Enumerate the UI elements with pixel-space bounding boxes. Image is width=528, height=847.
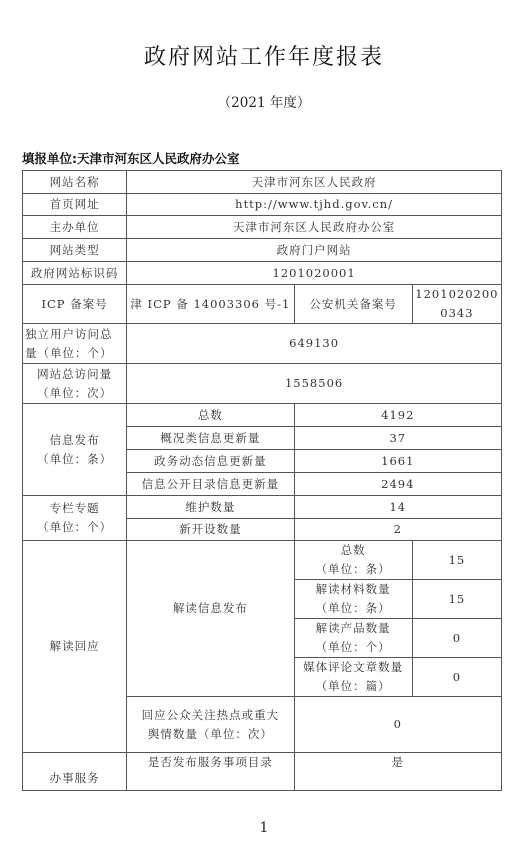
services-row-label: 是否发布服务事项目录 (127, 753, 294, 791)
value-homepage-url: http://www.tjhd.gov.cn/ (127, 194, 502, 216)
interpretation-row-label: 媒体评论文章数量 （单位：篇） (294, 658, 412, 697)
interpretation-row-value: 0 (412, 658, 501, 697)
info-release-row-label: 政务动态信息更新量 (127, 450, 294, 473)
table-row: 网站名称 天津市河东区人民政府 (23, 171, 502, 194)
label-site-type: 网站类型 (23, 239, 127, 262)
value-total-visits: 1558506 (127, 364, 502, 404)
report-year: （2021 年度） (0, 91, 528, 111)
label-site-id-code: 政府网站标识码 (23, 262, 127, 285)
info-release-row-label: 信息公开目录信息更新量 (127, 473, 294, 496)
interpretation-row-unit: （单位：个） (297, 638, 410, 657)
special-columns-row-value: 14 (294, 496, 501, 519)
page-title: 政府网站工作年度报表 (0, 40, 528, 71)
interpretation-row-value: 0 (412, 619, 501, 658)
interpretation-row-label: 解读产品数量 （单位：个） (294, 619, 412, 658)
interpretation-row-value: 15 (412, 541, 501, 580)
value-icp: 津 ICP 备 14003306 号-1 (127, 285, 294, 324)
special-columns-row-label: 新开设数量 (127, 519, 294, 541)
value-public-response: 0 (294, 697, 501, 753)
table-row: 独立用户访问总量（单位：个） 649130 (23, 324, 502, 364)
info-release-row-value: 4192 (294, 404, 501, 427)
special-columns-row-value: 2 (294, 519, 501, 541)
interpretation-row-unit: （单位：篇） (297, 677, 410, 696)
label-host-unit: 主办单位 (23, 216, 127, 239)
page-number: 1 (0, 820, 528, 836)
info-release-unit: （单位：条） (25, 450, 124, 469)
label-icp: ICP 备案号 (23, 285, 127, 324)
value-police-record: 12010202000343 (412, 285, 501, 324)
interpretation-row-label: 总数 （单位：条） (294, 541, 412, 580)
table-row: 主办单位 天津市河东区人民政府办公室 (23, 216, 502, 239)
label-homepage-url: 首页网址 (23, 194, 127, 216)
label-site-name: 网站名称 (23, 171, 127, 194)
info-release-row-label: 总数 (127, 404, 294, 427)
filler-unit: 填报单位:天津市河东区人民政府办公室 (22, 149, 240, 167)
table-row: 政府网站标识码 1201020001 (23, 262, 502, 285)
label-unique-visitors: 独立用户访问总量（单位：个） (23, 324, 127, 364)
info-release-row-value: 37 (294, 427, 501, 450)
special-columns-row-label: 维护数量 (127, 496, 294, 519)
interpretation-row-title: 解读材料数量 (297, 580, 410, 599)
report-table: 网站名称 天津市河东区人民政府 首页网址 http://www.tjhd.gov… (22, 170, 502, 791)
info-release-row-value: 1661 (294, 450, 501, 473)
label-special-columns: 专栏专题 （单位：个） (23, 496, 127, 541)
interpretation-row-unit: （单位：条） (297, 560, 410, 579)
info-release-title: 信息发布 (25, 431, 124, 450)
interpretation-row-title: 媒体评论文章数量 (297, 658, 410, 677)
table-row: 网站总访问量（单位：次） 1558506 (23, 364, 502, 404)
value-unique-visitors: 649130 (127, 324, 502, 364)
table-row: 专栏专题 （单位：个） 维护数量 14 (23, 496, 502, 519)
label-police-record: 公安机关备案号 (294, 285, 412, 324)
label-public-response: 回应公众关注热点或重大舆情数量（单位：次） (127, 697, 294, 753)
table-row: 网站类型 政府门户网站 (23, 239, 502, 262)
label-info-release: 信息发布 （单位：条） (23, 404, 127, 496)
label-interpretation: 解读回应 (23, 541, 127, 753)
services-row-value: 是 (294, 753, 501, 791)
table-row: 首页网址 http://www.tjhd.gov.cn/ (23, 194, 502, 216)
interpretation-row-unit: （单位：条） (297, 599, 410, 618)
table-row: 信息发布 （单位：条） 总数 4192 (23, 404, 502, 427)
interpretation-row-title: 总数 (297, 541, 410, 560)
value-host-unit: 天津市河东区人民政府办公室 (127, 216, 502, 239)
value-site-name: 天津市河东区人民政府 (127, 171, 502, 194)
interpretation-row-label: 解读材料数量 （单位：条） (294, 580, 412, 619)
table-row: 办事服务 是否发布服务事项目录 是 (23, 753, 502, 791)
info-release-row-value: 2494 (294, 473, 501, 496)
interpretation-row-value: 15 (412, 580, 501, 619)
special-columns-title: 专栏专题 (25, 499, 124, 518)
value-site-type: 政府门户网站 (127, 239, 502, 262)
info-release-row-label: 概况类信息更新量 (127, 427, 294, 450)
label-interpretation-release: 解读信息发布 (127, 541, 294, 697)
value-site-id-code: 1201020001 (127, 262, 502, 285)
table-row: 解读回应 解读信息发布 总数 （单位：条） 15 (23, 541, 502, 580)
label-services: 办事服务 (23, 753, 127, 791)
special-columns-unit: （单位：个） (25, 518, 124, 537)
interpretation-row-title: 解读产品数量 (297, 619, 410, 638)
table-row: ICP 备案号 津 ICP 备 14003306 号-1 公安机关备案号 120… (23, 285, 502, 324)
label-total-visits: 网站总访问量（单位：次） (23, 364, 127, 404)
